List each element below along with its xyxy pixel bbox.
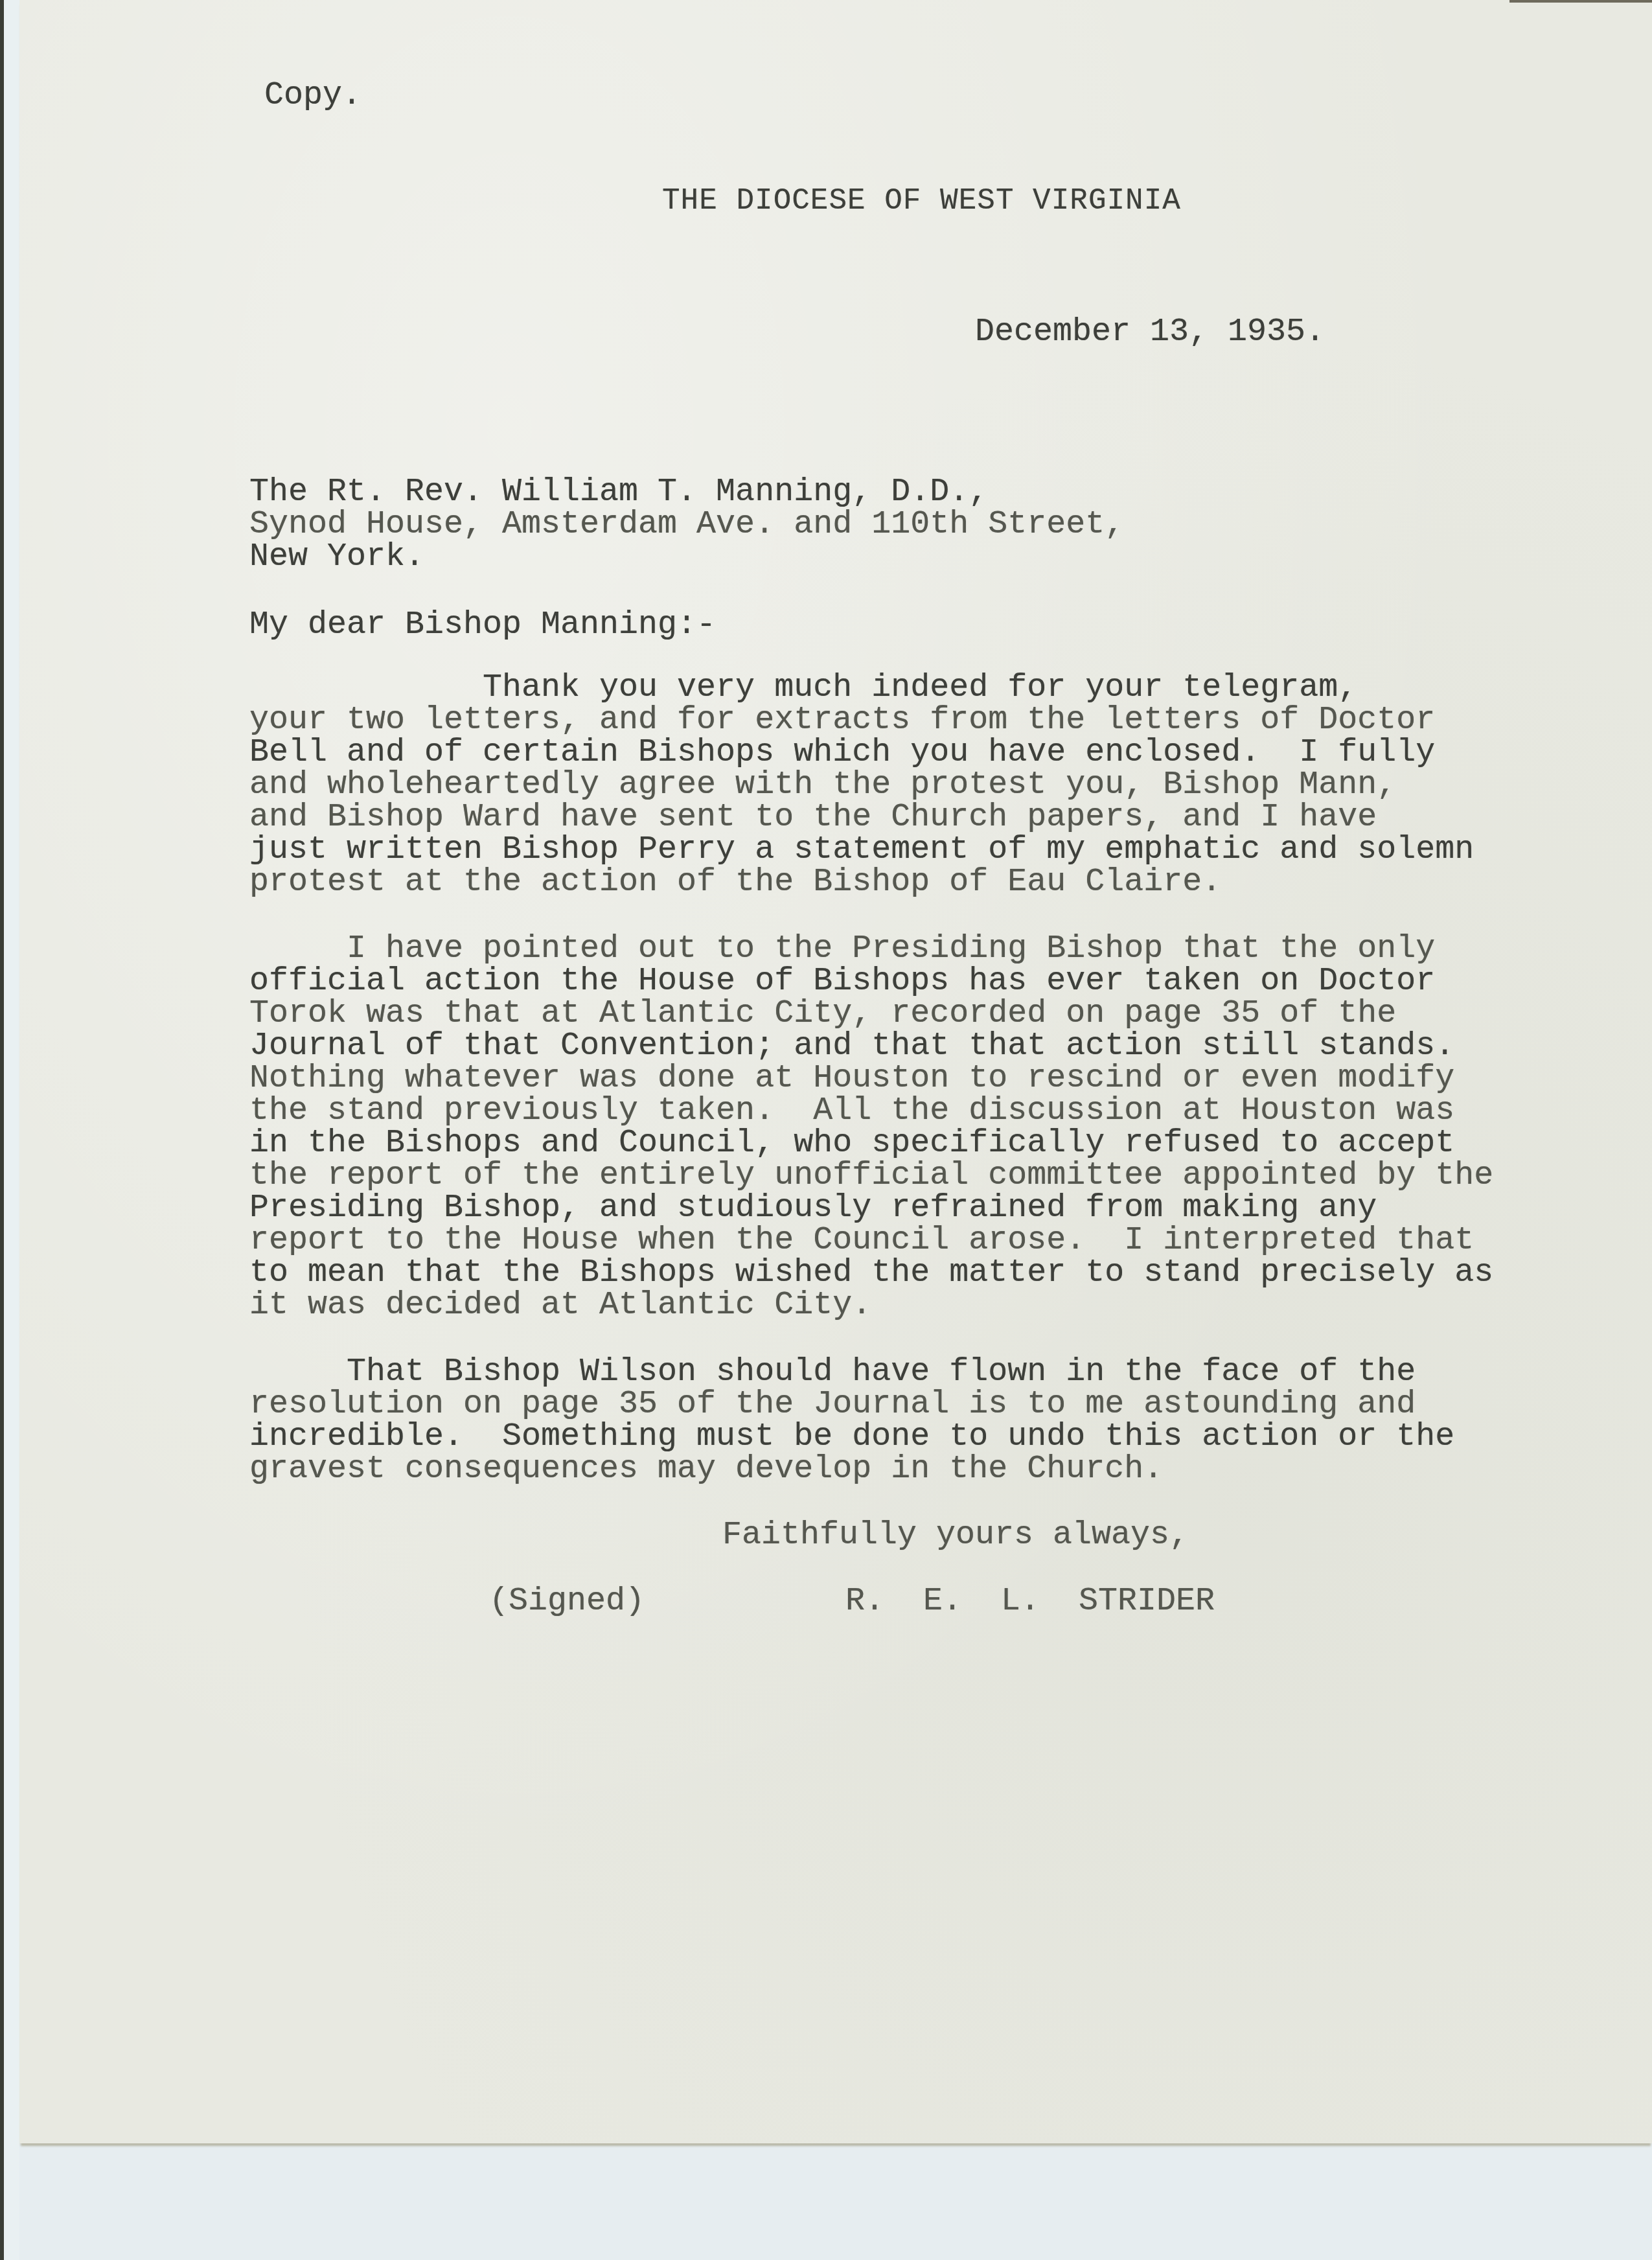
paragraph-line: and wholeheartedly agree with the protes… [249, 769, 1474, 801]
paragraph-line: it was decided at Atlantic City. [249, 1289, 1493, 1322]
recipient-line: New York. [249, 541, 1124, 573]
paragraph-line: your two letters, and for extracts from … [249, 704, 1474, 737]
paragraph-line: official action the House of Bishops has… [249, 965, 1493, 998]
paragraph-line: and Bishop Ward have sent to the Church … [249, 801, 1474, 834]
letter-date: December 13, 1935. [975, 316, 1325, 349]
salutation: My dear Bishop Manning:- [249, 609, 716, 641]
closing: Faithfully yours always, [722, 1519, 1189, 1552]
scan-margin [4, 0, 19, 2260]
recipient-line: The Rt. Rev. William T. Manning, D.D., [249, 476, 1124, 509]
paragraph-2: I have pointed out to the Presiding Bish… [249, 933, 1493, 1322]
paragraph-line: Bell and of certain Bishops which you ha… [249, 737, 1474, 769]
recipient-address: The Rt. Rev. William T. Manning, D.D., S… [249, 476, 1124, 573]
signed-note: (Signed) [489, 1585, 645, 1618]
paragraph-line: Journal of that Convention; and that tha… [249, 1030, 1493, 1063]
paragraph-line: protest at the action of the Bishop of E… [249, 866, 1474, 899]
copy-mark: Copy. [264, 80, 361, 112]
paragraph-line: Torok was that at Atlantic City, recorde… [249, 998, 1493, 1030]
paragraph-line: resolution on page 35 of the Journal is … [249, 1389, 1454, 1421]
paragraph-line: the stand previously taken. All the disc… [249, 1095, 1493, 1127]
paragraph-line: just written Bishop Perry a statement of… [249, 834, 1474, 866]
letterhead: THE DIOCESE OF WEST VIRGINIA [662, 185, 1181, 217]
signature: R. E. L. STRIDER [845, 1585, 1215, 1618]
paragraph-line: Nothing whatever was done at Houston to … [249, 1063, 1493, 1095]
paragraph-line: the report of the entirely unofficial co… [249, 1160, 1493, 1192]
scan-top-edge [1509, 0, 1652, 3]
paragraph-line: report to the House when the Council aro… [249, 1225, 1493, 1257]
paragraph-1: Thank you very much indeed for your tele… [249, 672, 1474, 899]
paragraph-line: That Bishop Wilson should have flown in … [249, 1356, 1454, 1389]
paragraph-line: gravest consequences may develop in the … [249, 1453, 1454, 1486]
paragraph-line: to mean that the Bishops wished the matt… [249, 1257, 1493, 1289]
paragraph-line: incredible. Something must be done to un… [249, 1421, 1454, 1453]
paragraph-line: Presiding Bishop, and studiously refrain… [249, 1192, 1493, 1225]
paragraph-line: in the Bishops and Council, who specific… [249, 1127, 1493, 1160]
paragraph-line: Thank you very much indeed for your tele… [249, 672, 1474, 704]
paragraph-3: That Bishop Wilson should have flown in … [249, 1356, 1454, 1486]
recipient-line: Synod House, Amsterdam Ave. and 110th St… [249, 509, 1124, 541]
paragraph-line: I have pointed out to the Presiding Bish… [249, 933, 1493, 965]
